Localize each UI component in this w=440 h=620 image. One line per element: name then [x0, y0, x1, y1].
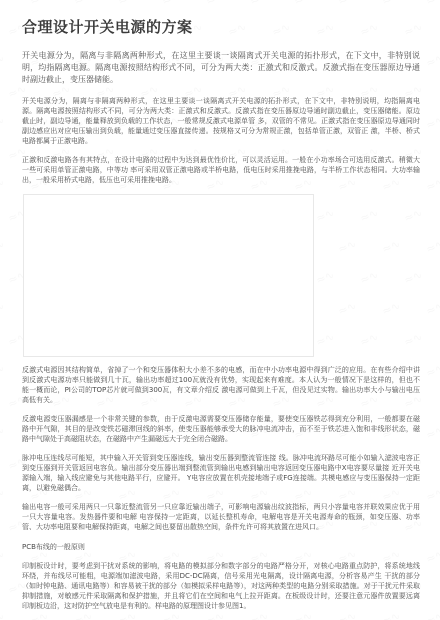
body-paragraph: 开关电源分为，隔离与非隔离两种形式，在这里主要谈一谈隔离式开关电源的拓扑形式，在…	[22, 96, 420, 146]
body-paragraph: 反激式电源因其结构简单，省掉了一个和变压器体积大小差不多的电感，而在中小功率电源…	[22, 365, 420, 405]
body-paragraph: 输出电容一般可采用两只一只靠近整流管另一只应靠近输出端子，可影响电源输出纹波指标…	[22, 502, 420, 532]
intro-paragraph: 开关电源分为，隔离与非隔离两种形式，在这里主要谈一谈隔离式开关电源的拓扑形式，在…	[22, 50, 420, 86]
body-paragraph: 印制板设计时，要考虑到干扰对系统的影响，将电路的模拟部分和数字部分的电路严格分开…	[22, 561, 420, 611]
document-content: 合理设计开关电源的方案 开关电源分为，隔离与非隔离两种形式，在这里主要谈一谈隔离…	[0, 0, 440, 611]
body-paragraph: 脉冲电压连线尽可能短，其中输入开关管到变压器连线，输出变压器到整流管连接 线。脉…	[22, 453, 420, 493]
body-paragraph: 正激和反激电路各有其特点，在设计电路的过程中为达到最优性价比，可以灵活运用。一般…	[22, 155, 420, 185]
figure-placeholder	[23, 194, 314, 357]
document-page: ≈∿≈∿≈∿≈∿≈∿≈∿≈∿≈∿≈∿≈∿≈∿≈∿≈∿≈∿≈∿≈∿≈∿≈∿≈∿≈∿…	[0, 0, 440, 620]
body-paragraph: 反激电源变压器漏感是一个非常关键的参数，由于反激电源需要变压器储存能量，要使变压…	[22, 414, 420, 444]
section-heading: PCB布线的一般原则	[22, 542, 420, 552]
page-title: 合理设计开关电源的方案	[22, 16, 420, 37]
